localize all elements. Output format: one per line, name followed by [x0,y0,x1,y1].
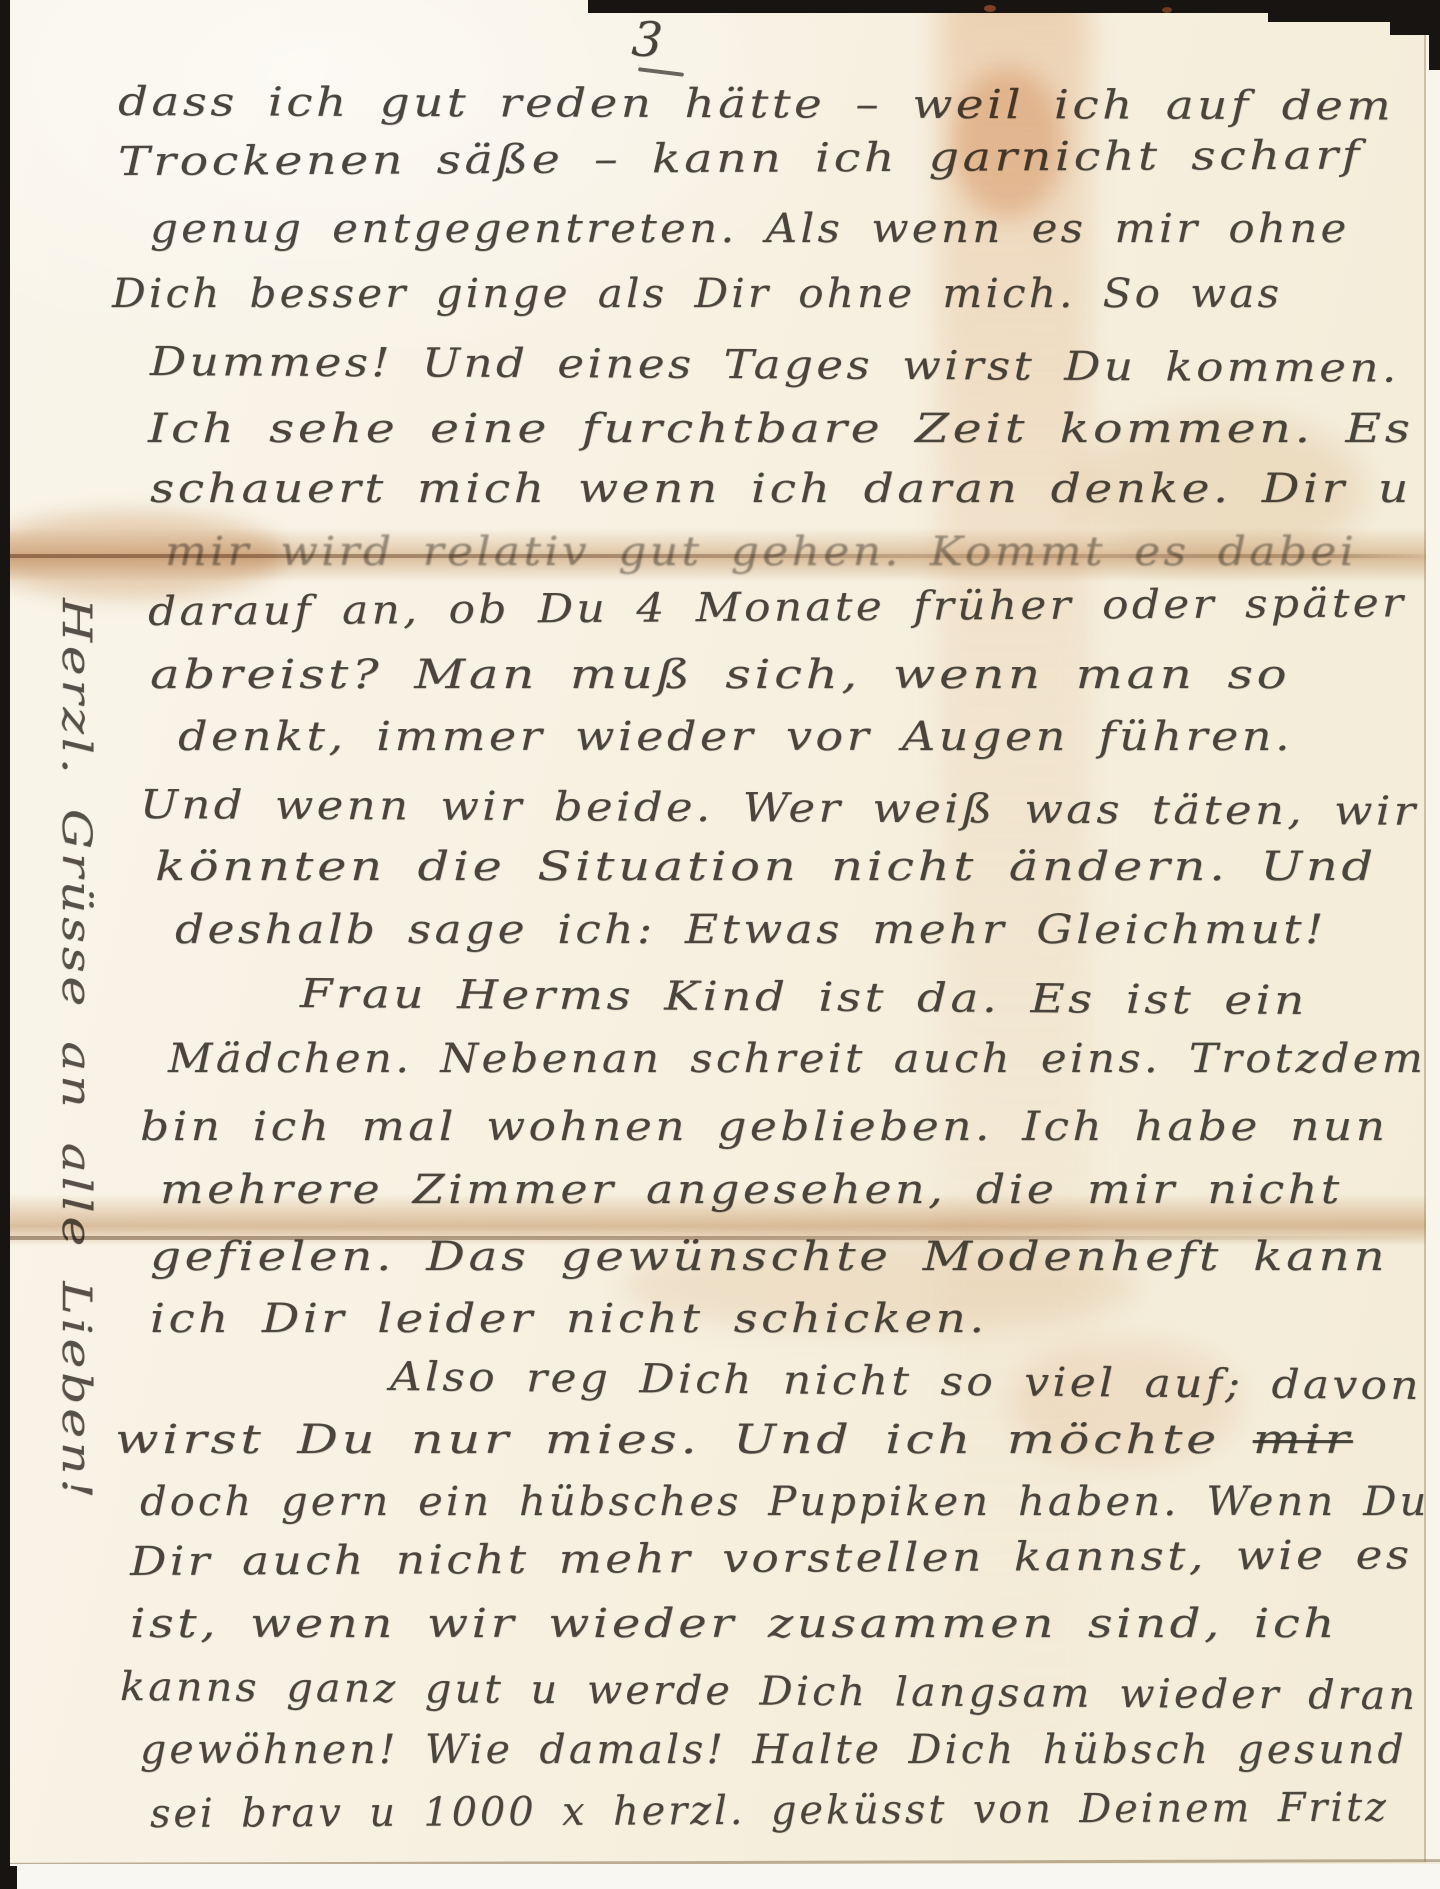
handwriting-line: denkt, immer wieder vor Augen führen. [178,713,1293,761]
handwriting-line: abreist? Man muß sich, wenn man so [150,651,1290,699]
handwriting-line: schauert mich wenn ich daran denke. Dir … [150,465,1412,513]
paper-right-edge-sliver [1426,13,1440,1863]
scan-border-top-right-corner [1390,0,1440,35]
handwriting-line: deshalb sage ich: Etwas mehr Gleichmut! [175,906,1327,954]
handwriting-line: Also reg Dich nicht so viel auf; davon [390,1353,1422,1410]
handwriting-line: Dich besser ginge als Dir ohne mich. So … [112,270,1282,318]
handwriting-line: könnten die Situation nicht ändern. Und [155,843,1377,891]
handwriting-line: genug entgegentreten. Als wenn es mir oh… [150,205,1350,253]
scan-border-left [0,0,10,1889]
rust-speck [1162,7,1172,13]
handwriting-line: gewöhnen! Wie damals! Halte Dich hübsch … [140,1726,1407,1774]
margin-note: Herzl. Grüsse an alle Lieben! [50,598,102,1502]
handwriting-line: doch gern ein hübsches Puppiken haben. W… [140,1478,1429,1526]
letter-scan-page: 3 Herzl. Grüsse an alle Lieben! dass ich… [0,0,1440,1889]
handwriting-line: Dummes! Und eines Tages wirst Du kommen. [150,338,1400,393]
handwriting-line: wirst Du nur mies. Und ich möchte mir [115,1416,1353,1464]
handwriting-line: gefielen. Das gewünschte Modenheft kann [150,1233,1388,1281]
handwriting-line: Dir auch nicht mehr vorstellen kannst, w… [130,1531,1413,1586]
scan-border-right-sliver [1429,0,1440,70]
handwriting-text: wirst Du nur mies. Und ich möchte [115,1417,1253,1463]
handwriting-line-on-crease: mir wird relativ gut gehen. Kommt es dab… [165,528,1357,576]
handwriting-line: Trockenen säße – kann ich garnicht schar… [118,131,1363,186]
struck-word: mir [1253,1417,1353,1463]
paper-bottom-edge-line [0,1859,1440,1866]
handwriting-line: sei brav u 1000 x herzl. geküsst von Dei… [150,1784,1389,1838]
handwriting-line: mehrere Zimmer angesehen, die mir nicht [160,1166,1343,1214]
handwriting-line: Und wenn wir beide. Wer weiß was täten, … [140,781,1419,836]
scan-border-top-right [1268,0,1440,22]
paper-right-edge-line [1424,14,1426,1862]
handwriting-line: Frau Herms Kind ist da. Es ist ein [300,970,1308,1025]
handwriting-line: kanns ganz gut u werde Dich langsam wied… [120,1663,1418,1720]
handwriting-line: ist, wenn wir wieder zusammen sind, ich [130,1600,1338,1648]
handwriting-line: ich Dir leider nicht schicken. [150,1295,988,1343]
handwriting-line: dass ich gut reden hätte – weil ich auf … [118,78,1394,130]
scan-border-bottom-left [0,1866,17,1889]
rust-speck [984,5,996,12]
handwriting-line: darauf an, ob Du 4 Monate früher oder sp… [148,579,1407,636]
paper-below-bottom-edge [0,1864,1440,1889]
scan-border-top [588,0,1440,13]
handwriting-line: Mädchen. Nebenan schreit auch eins. Trot… [168,1035,1426,1083]
handwriting-line: Ich sehe eine furchtbare Zeit kommen. Es [148,405,1414,453]
page-number: 3 [630,11,664,69]
handwriting-line: bin ich mal wohnen geblieben. Ich habe n… [140,1103,1388,1151]
